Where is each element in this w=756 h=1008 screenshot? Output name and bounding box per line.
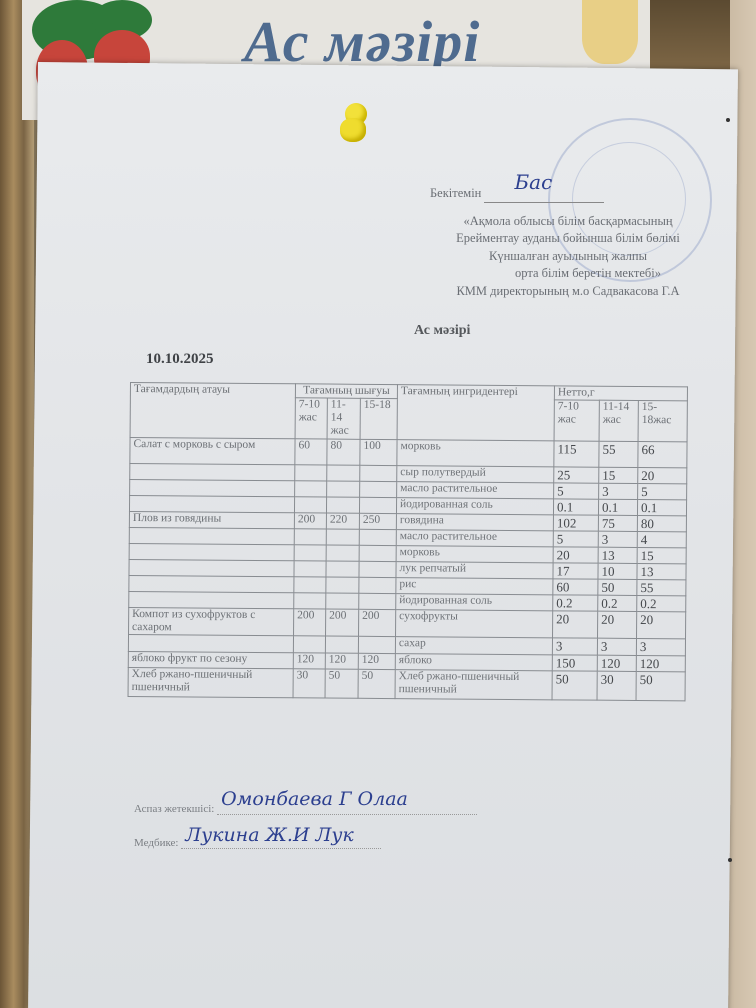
cook-signature-row: Аспаз жетекшісі: Омонбаева Г Олаа xyxy=(134,802,477,815)
portion-cell: 120 xyxy=(358,653,395,669)
portion-cell xyxy=(293,636,325,653)
netto-cell: 0.2 xyxy=(637,595,686,611)
menu-table: Тағамдардың атауы Тағамның шығуы Тағамны… xyxy=(128,382,688,701)
portion-cell xyxy=(295,481,327,497)
approval-line: Күншалған ауылының жалпы xyxy=(418,248,718,266)
dish-name-cell xyxy=(129,591,294,608)
netto-cell: 20 xyxy=(553,547,598,563)
netto-cell: 120 xyxy=(597,655,636,671)
portion-cell xyxy=(326,577,359,593)
portion-cell xyxy=(359,545,396,561)
ingredient-cell: йодированная соль xyxy=(396,498,553,515)
portion-cell xyxy=(294,529,326,545)
ingredient-cell: морковь xyxy=(396,546,553,563)
header-ingredients: Тағамның ингридентері xyxy=(397,385,554,441)
netto-cell: 50 xyxy=(636,671,685,700)
dish-name-cell: Компот из сухофруктов с сахаром xyxy=(129,607,294,635)
document-title: Ас мәзірі xyxy=(414,323,470,339)
netto-cell: 75 xyxy=(598,515,637,531)
dish-name-cell: Салат с морковь с сыром xyxy=(130,438,295,465)
netto-cell: 3 xyxy=(599,483,638,499)
netto-cell: 3 xyxy=(636,638,685,655)
dish-name-cell xyxy=(129,496,294,513)
portion-cell: 100 xyxy=(360,439,397,465)
portion-cell xyxy=(294,561,326,577)
netto-cell: 0.2 xyxy=(598,595,637,611)
netto-cell: 15 xyxy=(599,467,638,483)
portion-cell: 200 xyxy=(359,609,396,636)
portion-cell xyxy=(358,636,395,653)
netto-cell: 0.1 xyxy=(637,499,686,515)
paper-edge-mark xyxy=(726,118,730,122)
document-date: 10.10.2025 xyxy=(146,351,214,368)
ingredient-cell: Хлеб ржано-пшеничный пшеничный xyxy=(395,670,552,700)
netto-cell: 3 xyxy=(598,531,637,547)
ingredient-cell: яблоко xyxy=(395,654,552,671)
portion-cell xyxy=(295,465,327,481)
portion-cell xyxy=(294,593,326,609)
ingredient-cell: сахар xyxy=(395,637,552,655)
ingredient-cell: масло растительное xyxy=(396,530,553,547)
netto-cell: 20 xyxy=(638,467,687,483)
portion-cell xyxy=(327,465,360,481)
approval-line: КММ директорының м.о Садвакасова Г.А xyxy=(418,283,718,301)
portion-cell: 200 xyxy=(294,609,326,636)
portion-cell: 50 xyxy=(325,669,358,698)
header-netto-age: 7-10 жас xyxy=(554,400,599,441)
netto-cell: 4 xyxy=(637,531,686,547)
netto-cell: 66 xyxy=(638,441,687,467)
netto-cell: 15 xyxy=(637,547,686,563)
signature-line: Бас xyxy=(484,188,604,203)
netto-cell: 0.1 xyxy=(598,499,637,515)
portion-cell xyxy=(359,529,396,545)
dish-name-cell: яблоко фрукт по сезону xyxy=(128,651,293,668)
cartoon-mascot xyxy=(582,0,638,64)
ingredient-cell: рис xyxy=(396,578,553,595)
portion-cell xyxy=(294,577,326,593)
portion-cell xyxy=(325,636,358,653)
netto-cell: 102 xyxy=(553,515,598,531)
portion-cell: 80 xyxy=(327,439,360,465)
portion-cell xyxy=(326,529,359,545)
dish-name-cell: Хлеб ржано-пшеничный пшеничный xyxy=(128,667,293,697)
approval-line: орта білім беретін мектебі» xyxy=(418,265,718,283)
portion-cell xyxy=(360,481,397,497)
netto-cell: 50 xyxy=(552,671,597,700)
portion-cell xyxy=(326,545,359,561)
dish-name-cell: Плов из говядины xyxy=(129,511,294,528)
ingredient-cell: говядина xyxy=(396,514,553,531)
portion-cell xyxy=(359,561,396,577)
header-netto-age: 15-18жас xyxy=(638,400,687,441)
header-netto-age: 11-14 жас xyxy=(599,400,638,441)
dish-name-cell xyxy=(129,527,294,544)
cook-signature: Омонбаева Г Олаа xyxy=(221,788,408,810)
header-portion-age: 15-18 xyxy=(360,398,397,439)
portion-cell: 220 xyxy=(326,513,359,529)
netto-cell: 150 xyxy=(552,655,597,671)
netto-cell: 3 xyxy=(597,638,636,655)
dish-name-cell xyxy=(130,464,295,481)
netto-cell: 115 xyxy=(554,441,599,467)
portion-cell xyxy=(294,545,326,561)
header-dish-name: Тағамдардың атауы xyxy=(130,383,295,439)
nurse-label: Медбике: xyxy=(134,837,178,849)
portion-cell xyxy=(294,497,326,513)
portion-cell: 50 xyxy=(358,669,395,698)
approved-label: Бекітемін xyxy=(430,186,481,200)
netto-cell: 55 xyxy=(637,579,686,595)
cook-signature-line: Омонбаева Г Олаа xyxy=(217,802,477,815)
portion-cell: 120 xyxy=(293,653,325,669)
netto-cell: 13 xyxy=(598,547,637,563)
header-portion: Тағамның шығуы xyxy=(295,384,397,399)
netto-cell: 30 xyxy=(597,671,636,700)
netto-cell: 17 xyxy=(553,563,598,579)
portion-cell: 30 xyxy=(293,669,325,698)
ingredient-cell: лук репчатый xyxy=(396,562,553,579)
nurse-signature: Лукина Ж.И Лук xyxy=(185,824,354,846)
nurse-signature-line: Лукина Ж.И Лук xyxy=(181,836,381,849)
header-portion-age: 7-10 жас xyxy=(295,398,327,439)
portion-cell xyxy=(327,481,360,497)
netto-cell: 60 xyxy=(553,579,598,595)
portion-cell xyxy=(359,497,396,513)
netto-cell: 55 xyxy=(599,441,638,467)
table-row: Хлеб ржано-пшеничный пшеничный305050Хлеб… xyxy=(128,667,685,700)
netto-cell: 80 xyxy=(637,515,686,531)
netto-cell: 5 xyxy=(638,483,687,499)
header-netto: Нетто,г xyxy=(554,386,687,401)
approval-block: Бекітемін Бас «Ақмола облысы білім басқа… xyxy=(418,185,718,300)
portion-cell: 200 xyxy=(326,609,359,636)
netto-cell: 0.2 xyxy=(553,595,598,611)
netto-cell: 25 xyxy=(554,467,599,483)
portion-cell xyxy=(360,465,397,481)
nurse-signature-row: Медбике: Лукина Ж.И Лук xyxy=(134,836,381,849)
dish-name-cell xyxy=(129,543,294,560)
netto-cell: 10 xyxy=(598,563,637,579)
portion-cell: 60 xyxy=(295,439,327,465)
pushpin-base xyxy=(340,118,366,142)
header-portion-age: 11-14 жас xyxy=(327,398,360,439)
netto-cell: 5 xyxy=(554,483,599,499)
ingredient-cell: морковь xyxy=(397,440,554,467)
dish-name-cell xyxy=(129,575,294,592)
director-signature: Бас xyxy=(514,174,552,192)
portion-cell xyxy=(359,593,396,609)
portion-cell xyxy=(326,497,359,513)
portion-cell xyxy=(326,561,359,577)
portion-cell: 250 xyxy=(359,513,396,529)
approval-line: «Ақмола облысы білім басқармасының xyxy=(418,213,718,231)
netto-cell: 20 xyxy=(598,611,637,638)
portion-cell xyxy=(326,593,359,609)
ingredient-cell: сухофрукты xyxy=(396,610,553,638)
netto-cell: 120 xyxy=(636,655,685,671)
ingredient-cell: йодированная соль xyxy=(396,594,553,611)
dish-name-cell xyxy=(128,634,293,652)
approval-line: Ерейментау ауданы бойынша білім бөлімі xyxy=(418,230,718,248)
netto-cell: 20 xyxy=(637,611,686,638)
portion-cell xyxy=(359,577,396,593)
dish-name-cell xyxy=(129,559,294,576)
paper-edge-mark xyxy=(728,858,732,862)
dish-name-cell xyxy=(130,480,295,497)
netto-cell: 3 xyxy=(552,638,597,655)
netto-cell: 20 xyxy=(553,611,598,638)
ingredient-cell: сыр полутвердый xyxy=(397,466,554,483)
netto-cell: 0.1 xyxy=(553,499,598,515)
portion-cell: 200 xyxy=(294,513,326,529)
netto-cell: 5 xyxy=(553,531,598,547)
picture-frame xyxy=(650,0,730,70)
portion-cell: 120 xyxy=(325,653,358,669)
ingredient-cell: масло растительное xyxy=(397,482,554,499)
netto-cell: 50 xyxy=(598,579,637,595)
cook-label: Аспаз жетекшісі: xyxy=(134,803,214,815)
netto-cell: 13 xyxy=(637,563,686,579)
